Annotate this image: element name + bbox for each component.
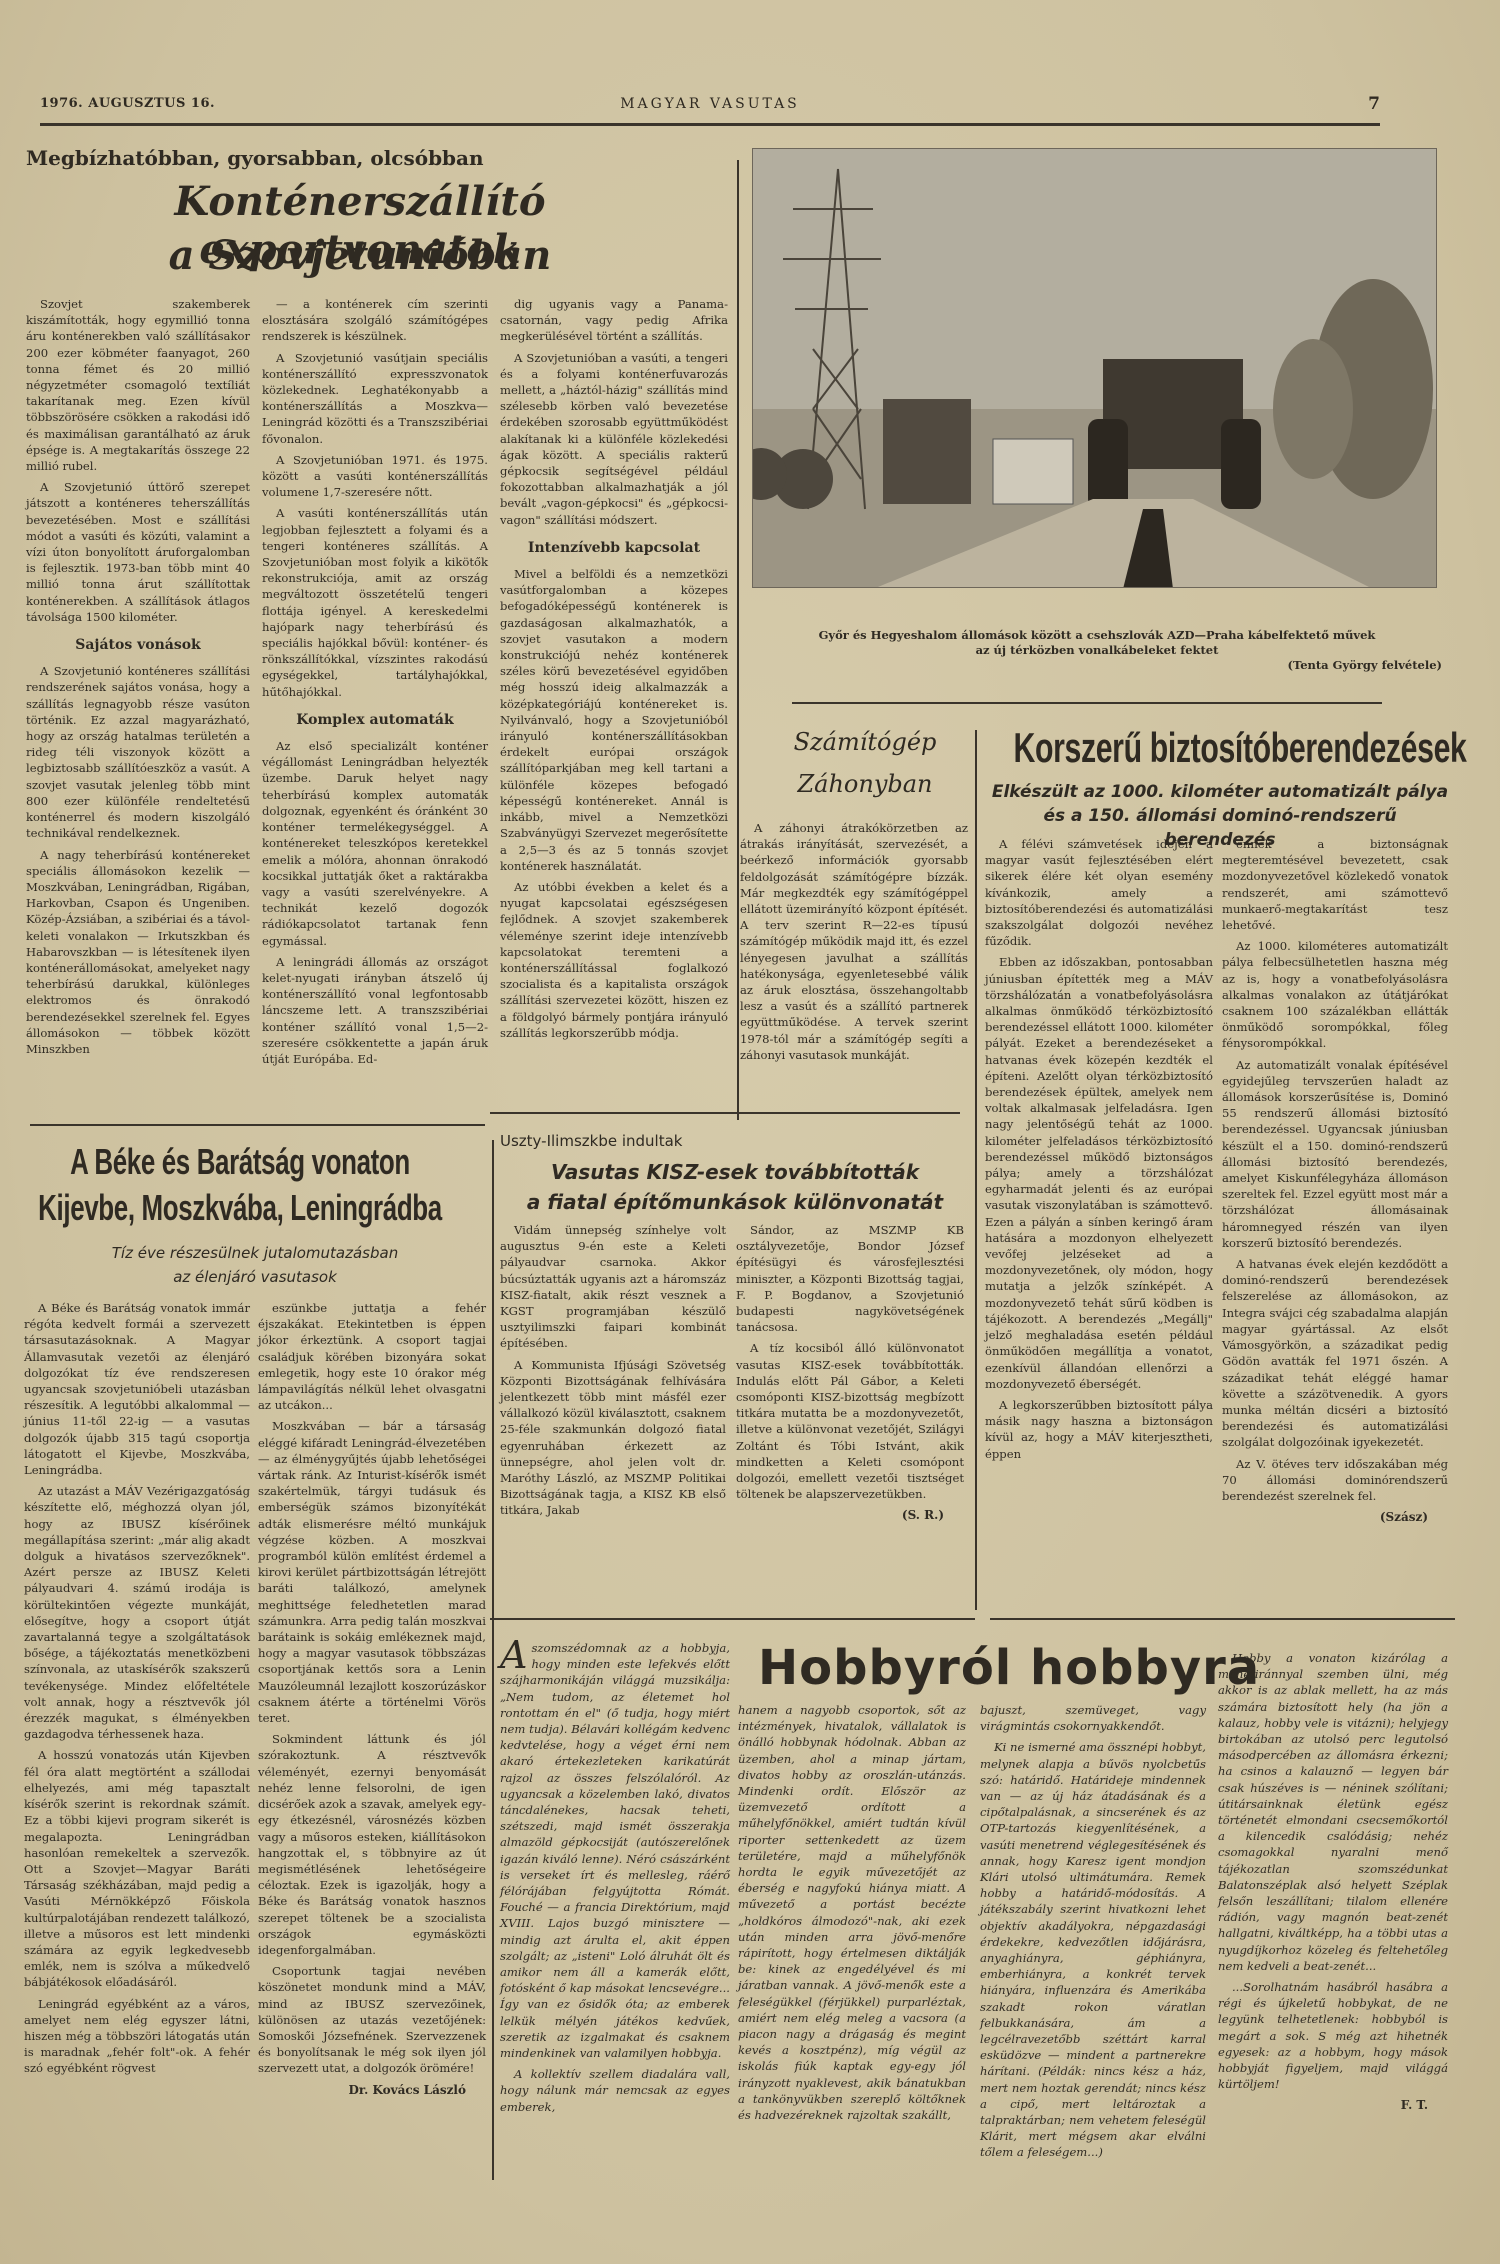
container-article-col-3: dig ugyanis vagy a Panama-csatornán, vag… — [500, 296, 728, 1046]
paragraph: A Szovjetunióban 1971. és 1975. között a… — [262, 452, 488, 501]
peace-train-col-2: eszünkbe juttatja a fehér éjszakákat. Et… — [258, 1300, 486, 2098]
byline: F. T. — [1218, 2097, 1448, 2113]
divider — [490, 1618, 975, 1620]
peace-train-subtitle-1: Tíz éve részesülnek jutalomutazásban — [30, 1242, 480, 1264]
kisz-title-1: Vasutas KISZ-esek továbbították — [505, 1158, 965, 1186]
drop-cap: A — [500, 1640, 531, 1670]
kisz-kicker: Uszty-Ilimszkbe indultak — [500, 1132, 682, 1150]
paragraph: Az V. ötéves terv időszakában még 70 áll… — [1222, 1456, 1448, 1505]
paragraph: Szovjet szakemberek kiszámították, hogy … — [26, 296, 250, 474]
column-rule — [737, 160, 739, 1120]
container-article-title-2: a Szovjetunióban — [60, 232, 660, 280]
signalling-subtitle-1: Elkészült az 1000. kilométer automatizál… — [990, 780, 1450, 804]
newspaper-page: 1976. AUGUSZTUS 16. MAGYAR VASUTAS 7 Meg… — [0, 0, 1500, 2264]
paragraph: Az első specializált konténer végállomás… — [262, 738, 488, 949]
column-rule — [975, 730, 977, 1610]
paragraph: A tíz kocsiból álló különvonatot vasutas… — [736, 1340, 964, 1502]
paragraph: Ebben az időszakban, pontosabban júniusb… — [985, 954, 1213, 1391]
paragraph: A Béke és Barátság vonatok immár régóta … — [24, 1300, 250, 1478]
paragraph: A leningrádi állomás az országot kelet-n… — [262, 954, 488, 1067]
peace-train-title-2: Kijevbe, Moszkvába, Leningrádba — [17, 1186, 463, 1230]
section-heading: Sajátos vonások — [26, 637, 250, 653]
paragraph: hanem a nagyobb csoportok, sőt az intézm… — [738, 1702, 966, 2123]
paragraph: A Szovjetunióban a vasúti, a tengeri és … — [500, 350, 728, 528]
signalling-article-title: Korszerű biztosítóberendezések — [974, 724, 1500, 772]
divider — [792, 702, 1382, 704]
signalling-col-1: A félévi számvetések idején a magyar vas… — [985, 836, 1213, 1467]
caption-line: Győr és Hegyeshalom állomások között a c… — [752, 628, 1442, 643]
paragraph: Hobby a vonaton kizárólag a menetiránnya… — [1218, 1650, 1448, 1974]
divider — [990, 1618, 1455, 1620]
paragraph: Az automatizált vonalak építésével egyid… — [1222, 1057, 1448, 1251]
peace-train-title-1: A Béke és Barátság vonaton — [17, 1140, 463, 1184]
paragraph: A hosszú vonatozás után Kijevben fél óra… — [24, 1747, 250, 1990]
byline: (Szász) — [1222, 1509, 1448, 1525]
section-heading: Intenzívebb kapcsolat — [500, 540, 728, 556]
divider — [30, 1124, 485, 1126]
paragraph: bajuszt, szemüveget, vagy virágmintás cs… — [980, 1702, 1206, 1734]
hobby-col-3: bajuszt, szemüveget, vagy virágmintás cs… — [980, 1702, 1206, 2166]
paragraph: szomszédomnak az a hobbyja, hogy minden … — [500, 1641, 730, 2060]
paragraph: A legkorszerűbben biztosított pálya mási… — [985, 1397, 1213, 1462]
cable-laying-photo-icon — [753, 149, 1437, 588]
masthead: 1976. AUGUSZTUS 16. MAGYAR VASUTAS 7 — [40, 96, 1380, 126]
paragraph: A nagy teherbírású konténereket speciáli… — [26, 847, 250, 1058]
paper-name: MAGYAR VASUTAS — [40, 96, 1380, 112]
caption-line: az új térközben vonalkábeleket fektet — [752, 643, 1442, 658]
paragraph: Az 1000. kilométeres automatizált pálya … — [1222, 938, 1448, 1051]
divider — [490, 1112, 960, 1114]
kisz-title-2: a fiatal építőmunkások különvonatát — [505, 1188, 965, 1216]
paragraph: Az utóbbi években a kelet és a nyugat ka… — [500, 879, 728, 1041]
hobby-col-4: Hobby a vonaton kizárólag a menetiránnya… — [1218, 1650, 1448, 2114]
hobby-col-1: Aszomszédomnak az a hobbyja, hogy minden… — [500, 1640, 730, 2120]
hobby-title: Hobbyról hobbyra — [758, 1640, 1260, 1696]
paragraph: Az utazást a MÁV Vezérigazgatóság készít… — [24, 1483, 250, 1742]
photo-credit: (Tenta György felvétele) — [752, 658, 1442, 673]
paragraph: ...Sorolhatnám hasábról hasábra a régi é… — [1218, 1979, 1448, 2092]
zahony-title-1: Számítógép — [745, 726, 985, 758]
paragraph: A félévi számvetések idején a magyar vas… — [985, 836, 1213, 949]
byline: Dr. Kovács László — [258, 2082, 486, 2098]
kisz-col-2: Sándor, az MSZMP KB osztályvezetője, Bon… — [736, 1222, 964, 1524]
zahony-title-2: Záhonyban — [745, 768, 985, 800]
signalling-col-2: ennek a biztonságnak megteremtésével bev… — [1222, 836, 1448, 1525]
zahony-article-body: A záhonyi átrakókörzetben az átrakás irá… — [740, 820, 968, 1068]
paragraph: A Szovjetunió vasútjain speciális kontén… — [262, 350, 488, 447]
paragraph: Sokmindent láttunk és jól szórakoztunk. … — [258, 1731, 486, 1958]
container-article-col-1: Szovjet szakemberek kiszámították, hogy … — [26, 296, 250, 1062]
paragraph: Ki ne ismerné ama össznépi hobbyt, melyn… — [980, 1739, 1206, 2160]
paragraph: A hatvanas évek elején kezdődött a domin… — [1222, 1256, 1448, 1450]
kisz-col-1: Vidám ünnepség színhelye volt augusztus … — [500, 1222, 726, 1524]
paragraph: Moszkvában — bár a társaság eléggé kifár… — [258, 1418, 486, 1726]
hobby-col-2: hanem a nagyobb csoportok, sőt az intézm… — [738, 1702, 966, 2128]
paragraph: Sándor, az MSZMP KB osztályvezetője, Bon… — [736, 1222, 964, 1335]
container-article-col-2: — a konténerek cím szerinti elosztására … — [262, 296, 488, 1072]
paragraph: ennek a biztonságnak megteremtésével bev… — [1222, 836, 1448, 933]
paragraph: Vidám ünnepség színhelye volt augusztus … — [500, 1222, 726, 1352]
page-number: 7 — [1368, 94, 1380, 114]
column-rule — [492, 1140, 494, 2180]
paragraph: A Szovjetunió úttörő szerepet játszott a… — [26, 479, 250, 625]
paragraph: A Kommunista Ifjúsági Szövetség Központi… — [500, 1357, 726, 1519]
photo-caption: Győr és Hegyeshalom állomások között a c… — [752, 628, 1442, 673]
paragraph: A vasúti konténerszállítás után legjobba… — [262, 505, 488, 699]
paragraph: A záhonyi átrakókörzetben az átrakás irá… — [740, 820, 968, 1063]
paragraph: A kollektív szellem diadalára vall, hogy… — [500, 2066, 730, 2115]
paragraph: A Szovjetunió konténeres szállítási rend… — [26, 663, 250, 841]
container-article-kicker: Megbízhatóbban, gyorsabban, olcsóbban — [26, 146, 484, 170]
paragraph: dig ugyanis vagy a Panama-csatornán, vag… — [500, 296, 728, 345]
news-photo — [752, 148, 1437, 588]
peace-train-col-1: A Béke és Barátság vonatok immár régóta … — [24, 1300, 250, 2082]
paragraph: Leningrád egyébként az a város, amelyet … — [24, 1996, 250, 2077]
paragraph: — a konténerek cím szerinti elosztására … — [262, 296, 488, 345]
section-heading: Komplex automaták — [262, 712, 488, 728]
byline: (S. R.) — [736, 1507, 964, 1523]
paragraph: Mivel a belföldi és a nemzetközi vasútfo… — [500, 566, 728, 874]
paragraph: eszünkbe juttatja a fehér éjszakákat. Et… — [258, 1300, 486, 1413]
paragraph: Csoportunk tagjai nevében köszönetet mon… — [258, 1963, 486, 2076]
peace-train-subtitle-2: az élenjáró vasutasok — [30, 1266, 480, 1288]
